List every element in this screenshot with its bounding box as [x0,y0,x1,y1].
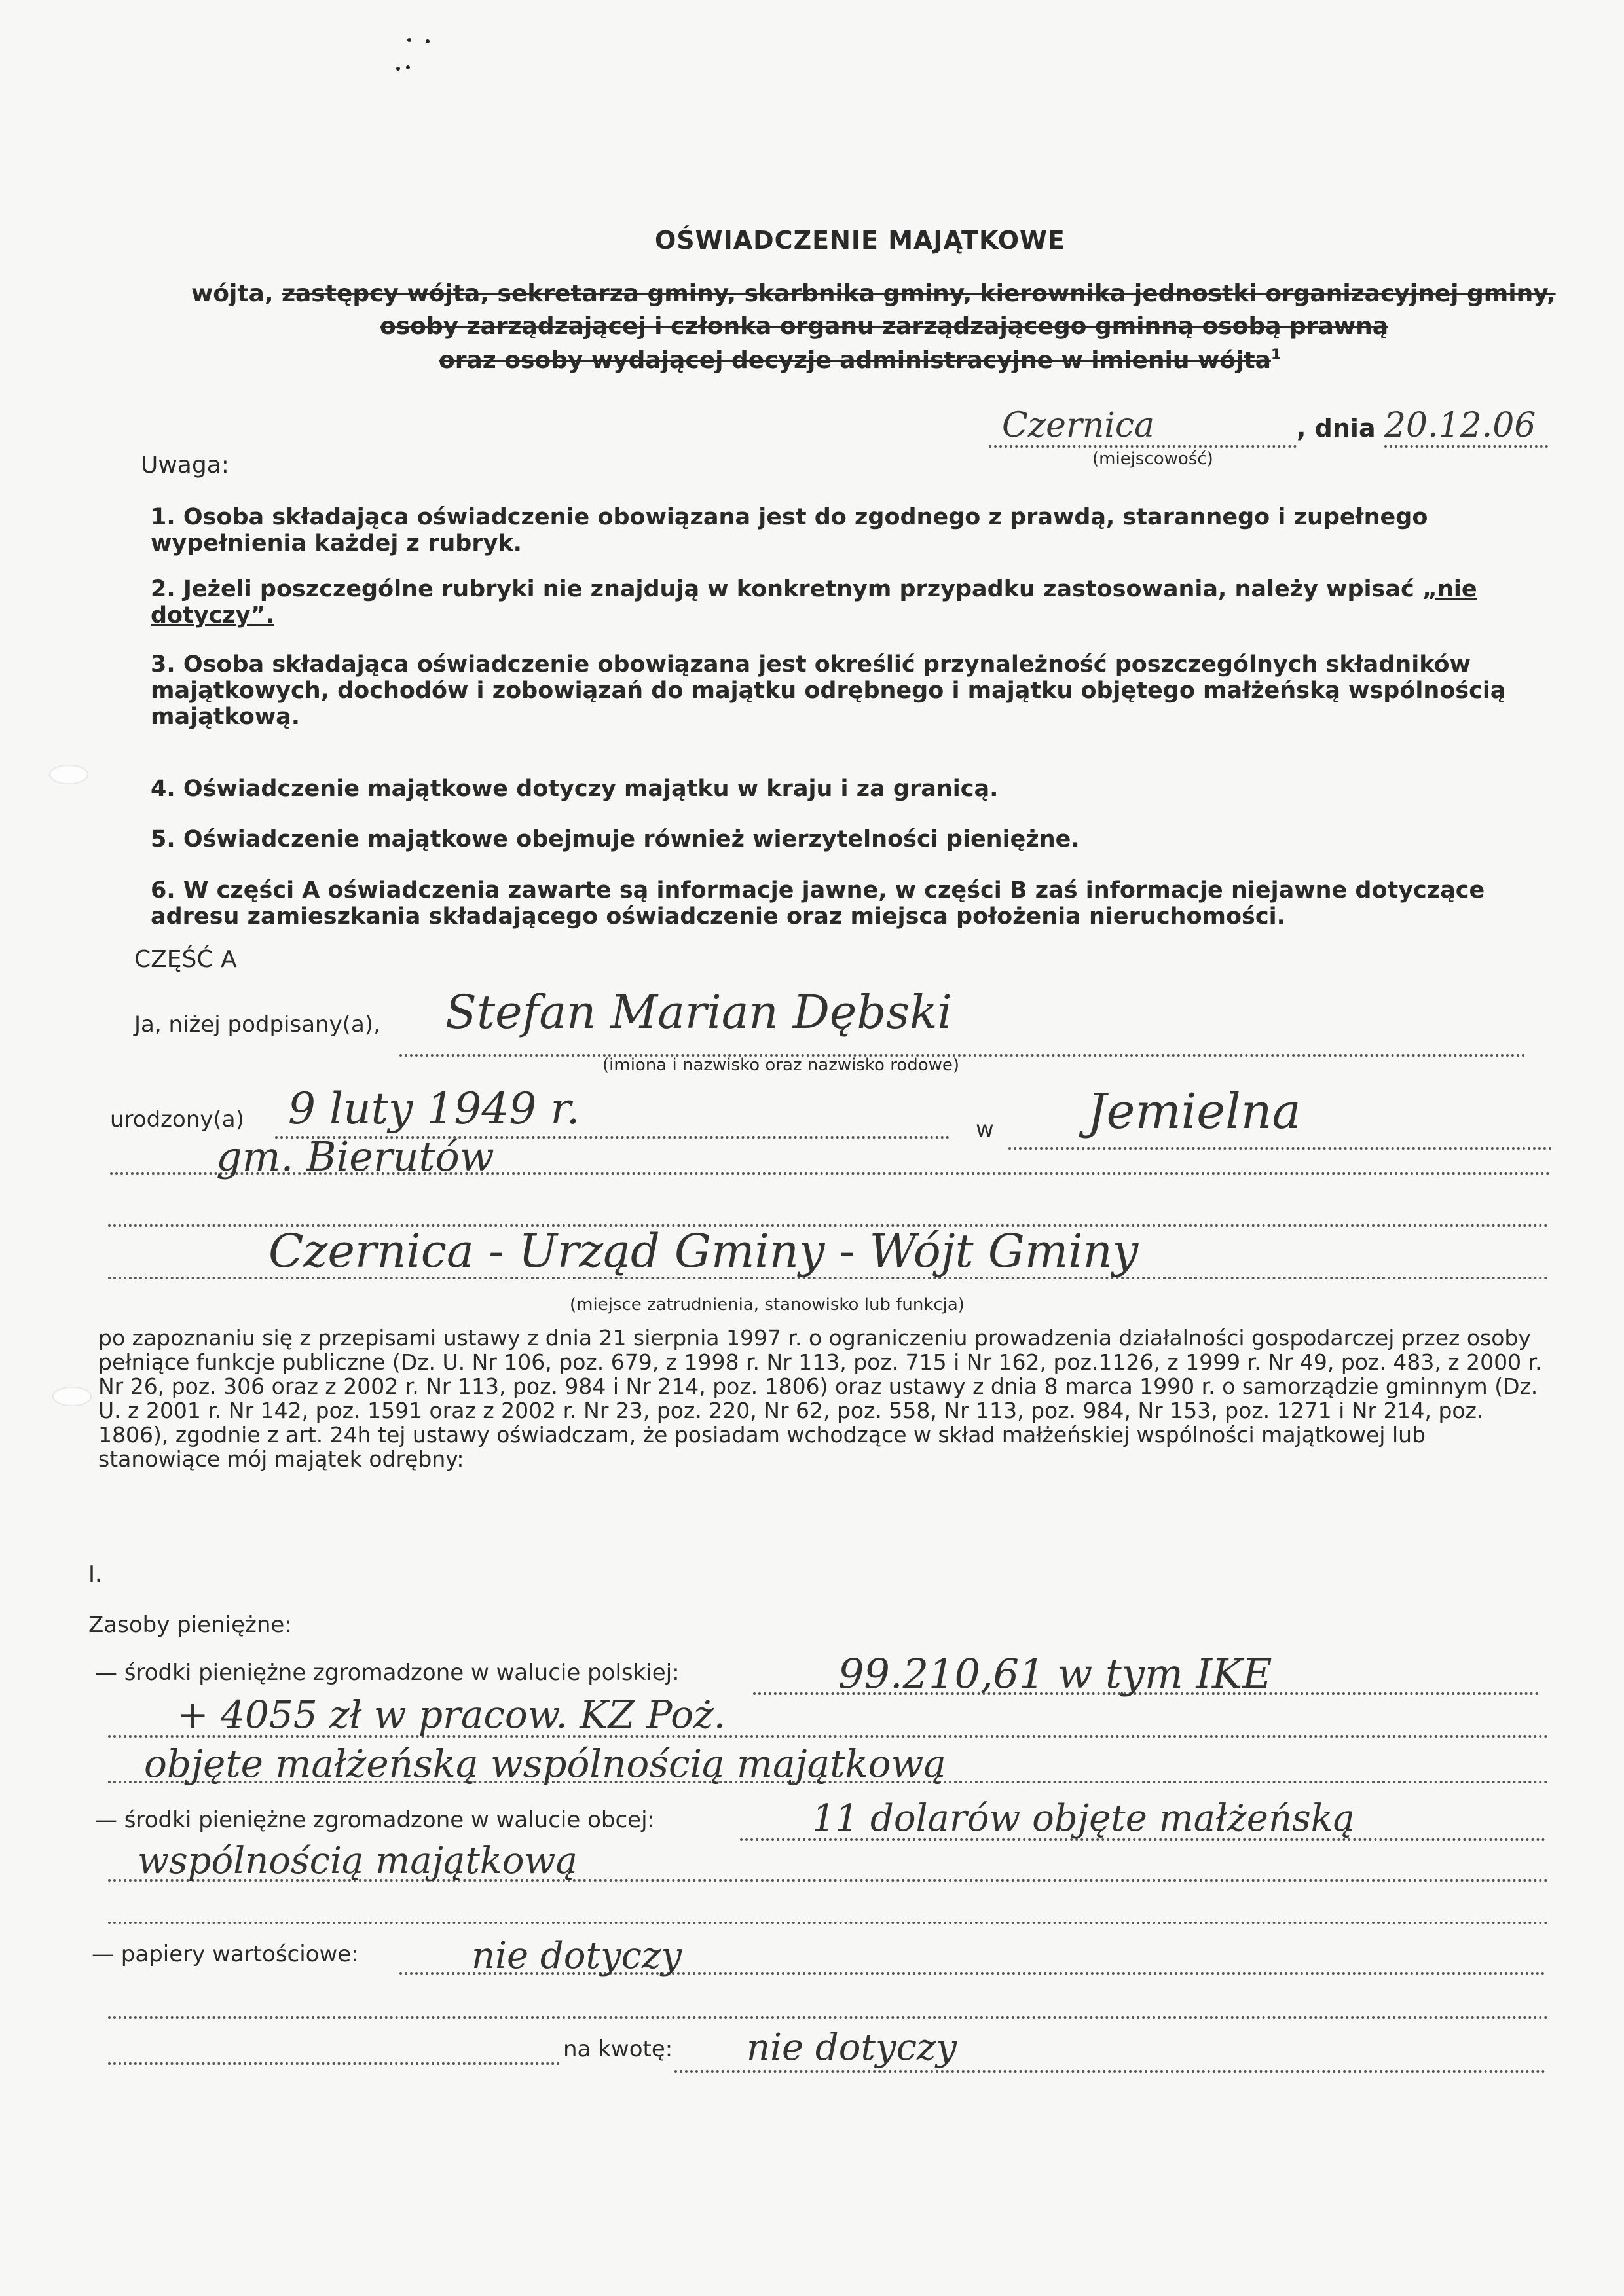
note-1: 1. Osoba składająca oświadczenie obowiąz… [151,504,1545,556]
document-page: OŚWIADCZENIE MAJĄTKOWE wójta, zastępcy w… [0,0,1624,2296]
amount-label: na kwotę: [563,2036,673,2062]
securities-value-field[interactable]: nie dotyczy [471,1935,682,1977]
foreign-value-field-2[interactable]: wspólnością majątkową [138,1840,578,1882]
pln-value-field-3[interactable]: objęte małżeńską wspólnością majątkową [144,1741,946,1786]
foreign-line-3 [108,1922,1549,1924]
subtitle-line-1: wójta, zastępcy wójta, sekretarza gminy,… [191,280,1556,307]
legal-declaration: po zapoznaniu się z przepisami ustawy z … [98,1326,1552,1471]
employment-caption: (miejsce zatrudnienia, stanowisko lub fu… [570,1295,965,1315]
born-date-field[interactable]: 9 luty 1949 r. [288,1084,580,1134]
punch-hole [52,1387,92,1406]
section-i-numeral: I. [88,1561,102,1588]
foreign-value-field[interactable]: 11 dolarów objęte małżeńską [812,1797,1355,1840]
role-struck-3: oraz osoby wydającej decyzje administrac… [439,347,1271,374]
employment-field[interactable]: Czernica - Urząd Gminy - Wójt Gminy [268,1224,1138,1278]
note-2: 2. Jeżeli poszczególne rubryki nie znajd… [151,576,1545,629]
scan-speck [396,67,400,71]
signed-caption: (imiona i nazwisko oraz nazwisko rodowe) [602,1055,959,1075]
foreign-label: — środki pieniężne zgromadzone w walucie… [95,1807,655,1833]
born-place-field-2[interactable]: gm. Bierutów [216,1133,494,1180]
scan-speck [426,39,430,43]
signed-line [399,1054,1526,1057]
note-6: 6. W części A oświadczenia zawarte są in… [151,877,1545,930]
in-label: w [976,1116,994,1142]
subtitle-line-2: osoby zarządzającej i członka organu zar… [380,313,1388,340]
footnote-mark: 1 [1271,347,1281,363]
date-field[interactable]: 20.12.06 [1384,406,1548,448]
signed-name-field[interactable]: Stefan Marian Dębski [445,985,952,1039]
amount-line [674,2070,1545,2073]
role-active: wójta, [191,280,274,307]
signed-label: Ja, niżej podpisany(a), [134,1011,380,1038]
scan-speck [406,65,410,69]
amount-value-field[interactable]: nie dotyczy [747,2026,957,2069]
role-struck-2: osoby zarządzającej i członka organu zar… [380,313,1388,340]
subtitle-line-3: oraz osoby wydającej decyzje administrac… [439,347,1281,374]
note-5: 5. Oświadczenie majątkowe obejmuje równi… [151,826,1545,852]
amount-prefix-line [108,2062,560,2065]
securities-label: — papiery wartościowe: [92,1941,359,1967]
securities-line-2 [108,2016,1549,2019]
punch-hole [49,765,88,784]
document-title: OŚWIADCZENIE MAJĄTKOWE [655,226,1065,255]
place-caption: (miejscowość) [1092,449,1213,469]
place-field[interactable]: Czernica [989,406,1297,448]
notes-heading: Uwaga: [141,452,229,479]
scan-speck [407,38,411,42]
pln-value-field-2[interactable]: + 4055 zł w pracow. KZ Poż. [177,1692,726,1737]
born-place-line [1008,1147,1552,1150]
note-4: 4. Oświadczenie majątkowe dotyczy majątk… [151,776,1545,802]
born-label: urodzony(a) [110,1106,244,1133]
pln-value-field[interactable]: 99.210,61 w tym IKE [838,1650,1272,1698]
note-3: 3. Osoba składająca oświadczenie obowiąz… [151,651,1545,730]
pln-label: — środki pieniężne zgromadzone w walucie… [95,1660,680,1686]
role-struck-1: zastępcy wójta, sekretarza gminy, skarbn… [282,280,1556,307]
place-date-row: Czernica, dnia 20.12.06 [989,406,1548,448]
born-place-field[interactable]: Jemielna [1087,1084,1301,1140]
part-a-heading: CZĘŚĆ A [134,946,237,973]
cash-heading: Zasoby pieniężne: [88,1612,292,1638]
date-prefix: , dnia [1297,414,1376,443]
